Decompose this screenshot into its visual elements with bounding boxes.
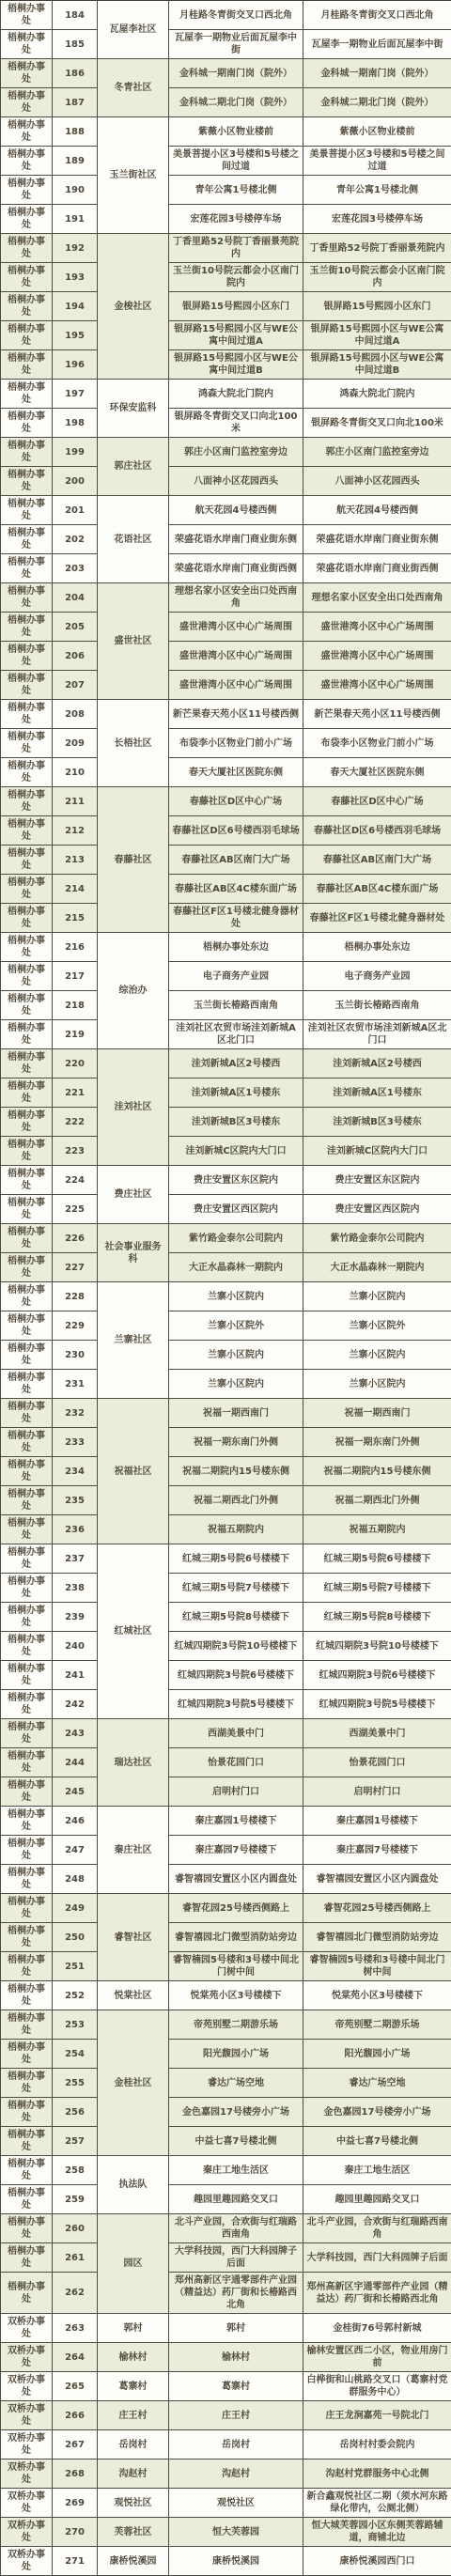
cell-office: 梧桐办事处 [1,1661,53,1690]
table-row: 梧桐办事处235祝福二期西北门外侧祝福二期西北门外侧 [1,1486,451,1515]
cell-location: 金科城一期南门岗（院外） [169,59,303,88]
table-row: 梧桐办事处261大学科技园，西门大科园牌子后面大学科技园，西门大科园牌子后面 [1,2243,451,2273]
cell-detail: 电子商务产业园 [303,962,451,991]
cell-number: 192 [53,234,98,263]
cell-location: 金色嘉园17号楼旁小广场 [169,2098,303,2127]
cell-community: 执法队 [98,2156,169,2214]
cell-number: 261 [53,2243,98,2273]
table-row: 梧桐办事处239红城三期5号院8号楼楼下红城三期5号院8号楼楼下 [1,1603,451,1632]
cell-detail: 金桂街76号郭村新城 [303,2314,451,2343]
table-row: 梧桐办事处211春藤社区春藤社区D区中心广场春藤社区D区中心广场 [1,787,451,816]
cell-detail: 洼刘新城A区1号楼东 [303,1079,451,1108]
cell-community: 葛寨村 [98,2372,169,2401]
cell-number: 209 [53,729,98,758]
cell-office: 梧桐办事处 [1,1777,53,1807]
cell-office: 梧桐办事处 [1,234,53,263]
cell-detail: 祝福二期西北门外侧 [303,1486,451,1515]
cell-office: 梧桐办事处 [1,2098,53,2127]
table-row: 梧桐办事处218玉兰街长椿路西南角玉兰街长椿路西南角 [1,991,451,1020]
cell-detail: 洼刘社区农贸市场洼刘新城A区北门口 [303,1020,451,1049]
cell-office: 梧桐办事处 [1,2243,53,2273]
cell-location: 郭村 [169,2314,303,2343]
cell-number: 185 [53,30,98,59]
cell-location: 春藤社区F区1号楼北健身器材处 [169,904,303,933]
cell-detail: 红城三期5号院6号楼楼下 [303,1544,451,1574]
cell-location: 郭庄小区南门监控室旁边 [169,438,303,467]
cell-location: 瓦屋李一期物业后面瓦屋李中街 [169,30,303,59]
cell-number: 253 [53,2010,98,2040]
cell-community: 观悦社区 [98,2489,169,2518]
cell-location: 睿智禧园安置区小区内圆盘处 [169,1865,303,1894]
testing-points-table: 梧桐办事处184瓦屋李社区月桂路冬青街交叉口西北角月桂路冬青街交叉口西北角梧桐办… [0,0,451,2576]
cell-office: 梧桐办事处 [1,438,53,467]
cell-number: 211 [53,787,98,816]
cell-number: 244 [53,1748,98,1777]
cell-location: 荣盛花语水岸南门商业街东侧 [169,525,303,554]
table-row: 梧桐办事处258执法队秦庄工地生活区秦庄工地生活区 [1,2156,451,2185]
table-body: 梧桐办事处184瓦屋李社区月桂路冬青街交叉口西北角月桂路冬青街交叉口西北角梧桐办… [1,1,451,2576]
table-row: 双桥办事处270芙蓉社区恒大芙蓉园恒大城芙蓉园小区东侧芙蓉路辅道，商铺北边 [1,2518,451,2547]
cell-detail: 瓦屋李一期物业后面瓦屋李中街 [303,30,451,59]
cell-location: 祝福五期院内 [169,1515,303,1544]
table-row: 梧桐办事处237红城社区红城三期5号院6号楼楼下红城三期5号院6号楼楼下 [1,1544,451,1574]
table-row: 梧桐办事处233祝福一期东南门外侧祝福一期东南门外侧 [1,1428,451,1457]
table-row: 梧桐办事处262郑州高新区宇通零部件产业园（精益达）药厂街和长椿路西北角郑州高新… [1,2273,451,2314]
table-row: 梧桐办事处222洼刘新城B区3号楼东洼刘新城B区3号楼东 [1,1108,451,1137]
cell-office: 梧桐办事处 [1,2185,53,2214]
cell-community: 社会事业服务科 [98,1224,169,1282]
cell-location: 趣园里趣园路交叉口 [169,2185,303,2214]
cell-number: 255 [53,2069,98,2098]
cell-detail: 祝福五期院内 [303,1515,451,1544]
cell-office: 梧桐办事处 [1,1748,53,1777]
table-row: 双桥办事处266庄王村庄王村庄王龙涧嘉苑一号院北门 [1,2401,451,2430]
cell-number: 267 [53,2430,98,2460]
cell-detail: 睿智禧园北门微型消防站旁边 [303,1923,451,1952]
table-row: 梧桐办事处238红城三期5号院7号楼楼下红城三期5号院7号楼楼下 [1,1574,451,1603]
cell-number: 189 [53,147,98,176]
cell-number: 240 [53,1632,98,1661]
table-row: 梧桐办事处191宏莲花园3号楼停车场宏莲花园3号楼停车场 [1,205,451,234]
cell-location: 大正水晶森林一期院内 [169,1253,303,1282]
cell-community: 沟赵村 [98,2460,169,2489]
cell-number: 225 [53,1195,98,1224]
cell-location: 八面神小区花园西头 [169,467,303,496]
cell-detail: 睿智花园25号楼西侧路上 [303,1894,451,1923]
cell-office: 梧桐办事处 [1,205,53,234]
cell-office: 梧桐办事处 [1,787,53,816]
cell-office: 梧桐办事处 [1,1282,53,1311]
cell-detail: 红城四期院3号院5号楼楼下 [303,1690,451,1719]
cell-community: 红城社区 [98,1544,169,1719]
cell-office: 梧桐办事处 [1,583,53,613]
cell-number: 258 [53,2156,98,2185]
table-row: 梧桐办事处226社会事业服务科紫竹路金泰尔公司院内紫竹路金泰尔公司院内 [1,1224,451,1253]
cell-location: 丁香里路52号院丁香丽景苑院内 [169,234,303,263]
cell-number: 266 [53,2401,98,2430]
cell-detail: 荣盛花语水岸南门商业街西侧 [303,554,451,583]
table-row: 梧桐办事处251睿智楠园5号楼和3号楼中间北门树中间睿智楠园5号楼和3号楼中间北… [1,1952,451,1981]
cell-detail: 中益七喜7号楼北侧 [303,2127,451,2156]
cell-detail: 新合鑫观悦社区二期（须水河东路绿化带内，公厕北侧） [303,2489,451,2518]
cell-office: 梧桐办事处 [1,2214,53,2243]
cell-detail: 睿智禧园安置区小区内圆盘处 [303,1865,451,1894]
cell-detail: 郑州高新区宇通零部件产业园（精益达）药厂街和长椿路西北角 [303,2273,451,2314]
cell-number: 218 [53,991,98,1020]
table-row: 梧桐办事处215春藤社区F区1号楼北健身器材处春藤社区F区1号楼北健身器材处 [1,904,451,933]
cell-location: 中益七喜7号楼北侧 [169,2127,303,2156]
cell-number: 191 [53,205,98,234]
cell-office: 梧桐办事处 [1,1952,53,1981]
cell-location: 秦庄工地生活区 [169,2156,303,2185]
cell-office: 梧桐办事处 [1,350,53,380]
table-row: 梧桐办事处260园区北斗产业园，合欢街与红瑞路西南角北斗产业园，合欢街与红瑞路西… [1,2214,451,2243]
cell-number: 260 [53,2214,98,2243]
cell-location: 红城四期院3号院5号楼楼下 [169,1690,303,1719]
cell-office: 梧桐办事处 [1,933,53,962]
cell-location: 春天大厦社区医院东侧 [169,758,303,787]
table-row: 梧桐办事处197环保安监科鸿森大院北门院内鸿森大院北门院内 [1,380,451,409]
cell-number: 270 [53,2518,98,2547]
cell-office: 梧桐办事处 [1,1049,53,1079]
cell-number: 204 [53,583,98,613]
cell-office: 双桥办事处 [1,2460,53,2489]
cell-location: 梧桐办事处东边 [169,933,303,962]
cell-number: 197 [53,380,98,409]
cell-number: 217 [53,962,98,991]
cell-community: 冬青社区 [98,59,169,117]
cell-location: 睿智花园25号楼西侧路上 [169,1894,303,1923]
cell-location: 玉兰街长椿路西南角 [169,991,303,1020]
table-row: 梧桐办事处203荣盛花语水岸南门商业街西侧荣盛花语水岸南门商业街西侧 [1,554,451,583]
cell-number: 203 [53,554,98,583]
cell-office: 梧桐办事处 [1,1399,53,1428]
cell-detail: 玉兰街10号院云都会小区南门院内 [303,263,451,292]
table-row: 梧桐办事处193玉兰街10号院云都会小区南门院内玉兰街10号院云都会小区南门院内 [1,263,451,292]
cell-detail: 梧桐办事处东边 [303,933,451,962]
cell-office: 梧桐办事处 [1,1079,53,1108]
cell-detail: 理想名家小区安全出口处西南角 [303,583,451,613]
cell-office: 梧桐办事处 [1,1311,53,1341]
cell-office: 梧桐办事处 [1,1224,53,1253]
cell-number: 254 [53,2040,98,2069]
cell-location: 祝福二期西北门外侧 [169,1486,303,1515]
cell-community: 玉兰街社区 [98,117,169,234]
cell-office: 双桥办事处 [1,2314,53,2343]
cell-number: 222 [53,1108,98,1137]
cell-number: 241 [53,1661,98,1690]
cell-number: 195 [53,321,98,350]
cell-location: 秦庄嘉园7号楼楼下 [169,1836,303,1865]
cell-location: 理想名家小区安全出口处西南角 [169,583,303,613]
cell-number: 214 [53,875,98,904]
cell-number: 198 [53,409,98,438]
table-row: 梧桐办事处204盛世社区理想名家小区安全出口处西南角理想名家小区安全出口处西南角 [1,583,451,613]
cell-detail: 盛世港湾小区中心广场周围 [303,671,451,700]
cell-detail: 红城三期5号院7号楼楼下 [303,1574,451,1603]
cell-detail: 红城四期院3号院10号楼楼下 [303,1632,451,1661]
cell-office: 梧桐办事处 [1,496,53,525]
cell-office: 梧桐办事处 [1,1195,53,1224]
cell-community: 兰寨社区 [98,1282,169,1399]
cell-number: 199 [53,438,98,467]
cell-number: 264 [53,2343,98,2372]
cell-location: 盛世港湾小区中心广场周围 [169,642,303,671]
table-row: 梧桐办事处189美景菩提小区3号楼和5号楼之间过道美景菩提小区3号楼和5号楼之间… [1,147,451,176]
cell-location: 红城三期5号院7号楼楼下 [169,1574,303,1603]
cell-detail: 红城四期院3号院6号楼楼下 [303,1661,451,1690]
cell-office: 梧桐办事处 [1,2127,53,2156]
cell-office: 梧桐办事处 [1,1,53,30]
table-row: 双桥办事处267岳岗村岳岗村岳岗村村委会院内 [1,2430,451,2460]
cell-location: 春藤社区AB区4C楼东面广场 [169,875,303,904]
cell-office: 梧桐办事处 [1,59,53,88]
cell-number: 186 [53,59,98,88]
cell-community: 洼刘社区 [98,1049,169,1166]
cell-detail: 鸿森大院北门院内 [303,380,451,409]
table-row: 梧桐办事处194银屏路15号熙园小区东门银屏路15号熙园小区东门 [1,292,451,321]
cell-location: 葛寨村 [169,2372,303,2401]
cell-location: 洼刘社区农贸市场洼刘新城A区北门口 [169,1020,303,1049]
table-row: 梧桐办事处244怡景花园门口怡景花园门口 [1,1748,451,1777]
cell-office: 梧桐办事处 [1,875,53,904]
cell-number: 234 [53,1457,98,1486]
cell-detail: 趣园里趣园路交叉口 [303,2185,451,2214]
cell-detail: 春藤社区D区6号楼西羽毛球场 [303,816,451,846]
cell-detail: 月桂路冬青街交叉口西北角 [303,1,451,30]
cell-number: 237 [53,1544,98,1574]
cell-community: 春藤社区 [98,787,169,933]
cell-location: 睿达广场空地 [169,2069,303,2098]
cell-number: 252 [53,1981,98,2010]
cell-number: 265 [53,2372,98,2401]
cell-office: 梧桐办事处 [1,263,53,292]
cell-number: 262 [53,2273,98,2314]
cell-detail: 庄王龙涧嘉苑一号院北门 [303,2401,451,2430]
cell-detail: 红城三期5号院8号楼楼下 [303,1603,451,1632]
cell-office: 梧桐办事处 [1,2069,53,2098]
cell-detail: 盛世港湾小区中心广场周围 [303,613,451,642]
cell-number: 263 [53,2314,98,2343]
cell-office: 梧桐办事处 [1,292,53,321]
cell-number: 190 [53,176,98,205]
table-row: 梧桐办事处246秦庄社区秦庄嘉园1号楼楼下秦庄嘉园1号楼楼下 [1,1807,451,1836]
table-row: 梧桐办事处210春天大厦社区医院东侧春天大厦社区医院东侧 [1,758,451,787]
cell-number: 243 [53,1719,98,1748]
table-row: 梧桐办事处198银屏路冬青街交叉口向北100米银屏路冬青街交叉口向北100米 [1,409,451,438]
cell-location: 庄王村 [169,2401,303,2430]
cell-detail: 航天花园4号楼西侧 [303,496,451,525]
cell-location: 恒大芙蓉园 [169,2518,303,2547]
cell-detail: 费庄安置区东区院内 [303,1166,451,1195]
cell-number: 215 [53,904,98,933]
table-row: 梧桐办事处208长梧社区新芒果春天苑小区11号楼西侧新芒果春天苑小区11号楼西侧 [1,700,451,729]
cell-detail: 祝福一期东南门外侧 [303,1428,451,1457]
cell-detail: 银屏路15号熙园小区与WE公寓中间过道A [303,321,451,350]
cell-detail: 宏莲花园3号楼停车场 [303,205,451,234]
cell-office: 梧桐办事处 [1,904,53,933]
cell-detail: 春藤社区D区中心广场 [303,787,451,816]
table-row: 梧桐办事处195银屏路15号熙园小区与WE公寓中间过道A银屏路15号熙园小区与W… [1,321,451,350]
cell-office: 梧桐办事处 [1,613,53,642]
cell-detail: 康桥悦溪园西门口 [303,2547,451,2576]
cell-number: 210 [53,758,98,787]
table-row: 双桥办事处265葛寨村葛寨村白桦街和山桃路交叉口（葛寨村党群服务中心） [1,2372,451,2401]
cell-detail: 兰寨小区院内 [303,1341,451,1370]
cell-detail: 大正水晶森林一期院内 [303,1253,451,1282]
cell-office: 梧桐办事处 [1,1428,53,1457]
cell-number: 201 [53,496,98,525]
cell-number: 231 [53,1370,98,1399]
cell-detail: 秦庄嘉园1号楼楼下 [303,1807,451,1836]
cell-detail: 美景菩提小区3号楼和5号楼之间过道 [303,147,451,176]
cell-number: 228 [53,1282,98,1311]
table-row: 梧桐办事处241红城四期院3号院6号楼楼下红城四期院3号院6号楼楼下 [1,1661,451,1690]
cell-number: 187 [53,88,98,117]
cell-number: 205 [53,613,98,642]
table-row: 梧桐办事处253金桂社区帝苑别墅二期游乐场帝苑别墅二期游乐场 [1,2010,451,2040]
cell-community: 榆林村 [98,2343,169,2372]
cell-location: 红城三期5号院8号楼楼下 [169,1603,303,1632]
cell-detail: 沟赵村党群服务中心北侧 [303,2460,451,2489]
cell-detail: 金科城二期北门岗（院外） [303,88,451,117]
table-row: 双桥办事处268沟赵村沟赵村沟赵村党群服务中心北侧 [1,2460,451,2489]
cell-detail: 榆林安置区西二小区，物业用房门前 [303,2343,451,2372]
cell-number: 239 [53,1603,98,1632]
cell-location: 红城四期院3号院6号楼楼下 [169,1661,303,1690]
cell-office: 梧桐办事处 [1,1719,53,1748]
cell-detail: 荣盛花语水岸南门商业街东侧 [303,525,451,554]
cell-detail: 洼刘新城A区2号楼西 [303,1049,451,1079]
cell-number: 207 [53,671,98,700]
cell-community: 瑞达社区 [98,1719,169,1807]
cell-number: 208 [53,700,98,729]
cell-office: 梧桐办事处 [1,409,53,438]
cell-detail: 西湖美景中门 [303,1719,451,1748]
cell-location: 紫竹路金泰尔公司院内 [169,1224,303,1253]
table-row: 梧桐办事处254阳光馥园小广场阳光馥园小广场 [1,2040,451,2069]
cell-detail: 北斗产业园，合欢街与红瑞路西南角 [303,2214,451,2243]
cell-location: 兰寨小区院外 [169,1311,303,1341]
cell-detail: 祝福二期院内15号楼东侧 [303,1457,451,1486]
cell-number: 233 [53,1428,98,1457]
cell-location: 大学科技园，西门大科园牌子后面 [169,2243,303,2273]
cell-community: 综治办 [98,933,169,1049]
cell-community: 金梭社区 [98,234,169,380]
table-row: 梧桐办事处184瓦屋李社区月桂路冬青街交叉口西北角月桂路冬青街交叉口西北角 [1,1,451,30]
table-row: 梧桐办事处212春藤社区D区6号楼西羽毛球场春藤社区D区6号楼西羽毛球场 [1,816,451,846]
table-row: 梧桐办事处188玉兰街社区紫薇小区物业楼前紫薇小区物业楼前 [1,117,451,147]
table-row: 双桥办事处263郭村郭村金桂街76号郭村新城 [1,2314,451,2343]
cell-number: 221 [53,1079,98,1108]
cell-location: 睿智禧园北门微型消防站旁边 [169,1923,303,1952]
table-row: 梧桐办事处256金色嘉园17号楼旁小广场金色嘉园17号楼旁小广场 [1,2098,451,2127]
table-row: 梧桐办事处240红城四期院3号院10号楼楼下红城四期院3号院10号楼楼下 [1,1632,451,1661]
cell-detail: 祝福一期西南门 [303,1399,451,1428]
cell-location: 银屏路15号熙园小区与WE公寓中间过道A [169,321,303,350]
cell-number: 193 [53,263,98,292]
cell-office: 双桥办事处 [1,2372,53,2401]
cell-office: 梧桐办事处 [1,1137,53,1166]
table-row: 梧桐办事处228兰寨社区兰寨小区院内兰寨小区院内 [1,1282,451,1311]
table-row: 梧桐办事处250睿智禧园北门微型消防站旁边睿智禧园北门微型消防站旁边 [1,1923,451,1952]
cell-office: 双桥办事处 [1,2401,53,2430]
cell-office: 梧桐办事处 [1,525,53,554]
cell-location: 祝福二期院内15号楼东侧 [169,1457,303,1486]
cell-community: 花语社区 [98,496,169,583]
cell-location: 洼刘新城A区2号楼西 [169,1049,303,1079]
cell-community: 金桂社区 [98,2010,169,2156]
cell-location: 费庄安置区东区院内 [169,1166,303,1195]
cell-location: 榆林村 [169,2343,303,2372]
cell-location: 兰寨小区院内 [169,1370,303,1399]
cell-office: 梧桐办事处 [1,1923,53,1952]
cell-location: 启明村门口 [169,1777,303,1807]
cell-office: 梧桐办事处 [1,2010,53,2040]
table-row: 梧桐办事处236祝福五期院内祝福五期院内 [1,1515,451,1544]
table-row: 梧桐办事处257中益七喜7号楼北侧中益七喜7号楼北侧 [1,2127,451,2156]
cell-community: 芙蓉社区 [98,2518,169,2547]
cell-number: 246 [53,1807,98,1836]
cell-number: 245 [53,1777,98,1807]
cell-community: 康桥悦溪园 [98,2547,169,2576]
cell-office: 梧桐办事处 [1,1836,53,1865]
cell-office: 梧桐办事处 [1,1981,53,2010]
table-row: 梧桐办事处248睿智禧园安置区小区内圆盘处睿智禧园安置区小区内圆盘处 [1,1865,451,1894]
cell-office: 梧桐办事处 [1,1370,53,1399]
cell-number: 230 [53,1341,98,1370]
cell-community: 郭村 [98,2314,169,2343]
table-row: 梧桐办事处255睿达广场空地睿达广场空地 [1,2069,451,2098]
cell-detail: 紫薇小区物业楼前 [303,117,451,147]
cell-location: 兰寨小区院内 [169,1341,303,1370]
cell-detail: 春藤社区AB区4C楼东面广场 [303,875,451,904]
cell-number: 216 [53,933,98,962]
table-row: 梧桐办事处223洼刘新城C区院内大门口洼刘新城C区院内大门口 [1,1137,451,1166]
cell-detail: 怡景花园门口 [303,1748,451,1777]
cell-office: 双桥办事处 [1,2430,53,2460]
cell-community: 睿智社区 [98,1894,169,1981]
cell-location: 睿智楠园5号楼和3号楼中间北门树中间 [169,1952,303,1981]
table-row: 梧桐办事处229兰寨小区院外兰寨小区院外 [1,1311,451,1341]
cell-number: 242 [53,1690,98,1719]
table-row: 双桥办事处269观悦社区观悦社区新合鑫观悦社区二期（须水河东路绿化带内，公厕北侧… [1,2489,451,2518]
table-row: 梧桐办事处200八面神小区花园西头八面神小区花园西头 [1,467,451,496]
cell-detail: 金色嘉园17号楼旁小广场 [303,2098,451,2127]
cell-office: 梧桐办事处 [1,816,53,846]
cell-number: 206 [53,642,98,671]
cell-office: 梧桐办事处 [1,1341,53,1370]
cell-detail: 郭庄小区南门监控室旁边 [303,438,451,467]
cell-office: 梧桐办事处 [1,147,53,176]
cell-detail: 玉兰街长椿路西南角 [303,991,451,1020]
cell-detail: 启明村门口 [303,1777,451,1807]
cell-detail: 睿智楠园5号楼和3号楼中间北门树中间 [303,1952,451,1981]
table-row: 双桥办事处264榆林村榆林村榆林安置区西二小区，物业用房门前 [1,2343,451,2372]
table-row: 梧桐办事处245启明村门口启明村门口 [1,1777,451,1807]
table-row: 梧桐办事处206盛世港湾小区中心广场周围盛世港湾小区中心广场周围 [1,642,451,671]
cell-number: 200 [53,467,98,496]
cell-number: 220 [53,1049,98,1079]
table-row: 梧桐办事处217电子商务产业园电子商务产业园 [1,962,451,991]
cell-number: 223 [53,1137,98,1166]
table-row: 梧桐办事处207盛世港湾小区中心广场周围盛世港湾小区中心广场周围 [1,671,451,700]
cell-detail: 银屏路冬青街交叉口向北100米 [303,409,451,438]
cell-office: 梧桐办事处 [1,729,53,758]
cell-number: 248 [53,1865,98,1894]
cell-community: 费庄社区 [98,1166,169,1224]
cell-number: 259 [53,2185,98,2214]
